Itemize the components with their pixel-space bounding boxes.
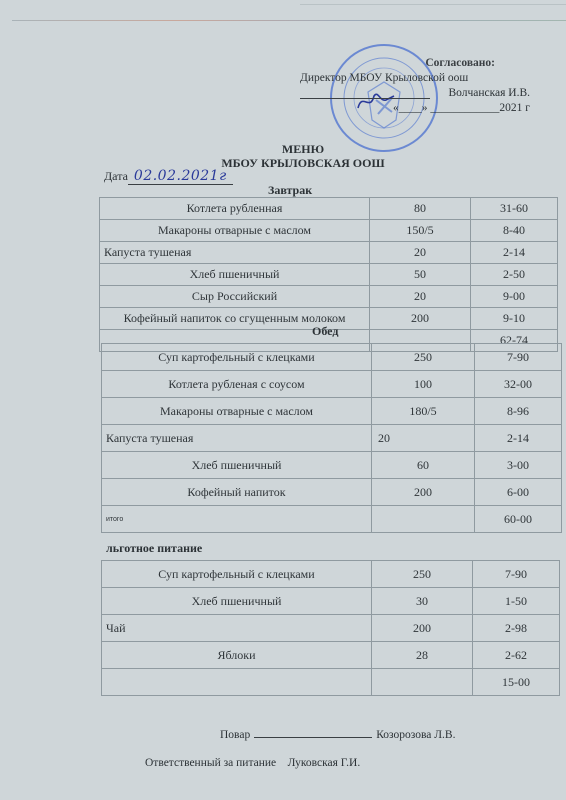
dish-quantity: 100 xyxy=(372,371,475,398)
director-name: Волчанская И.В. xyxy=(448,86,530,101)
signature-line xyxy=(254,727,372,738)
total-label: итого xyxy=(102,506,372,533)
director-line: Директор МБОУ Крыловской оош xyxy=(300,71,530,86)
date-value: 02.02.2021г xyxy=(128,168,233,185)
dish-quantity: 200 xyxy=(372,479,475,506)
dish-name: Хлеб пшеничный xyxy=(100,264,370,286)
dish-quantity: 50 xyxy=(370,264,471,286)
dish-quantity: 250 xyxy=(372,344,475,371)
dish-price: 3-00 xyxy=(475,452,562,479)
table-row: Суп картофельный с клецками2507-90 xyxy=(102,344,562,371)
approval-date-rest: ____________2021 г xyxy=(430,102,530,114)
table-row: Хлеб пшеничный603-00 xyxy=(102,452,562,479)
dish-name: Котлета рубленная xyxy=(100,198,370,220)
responsible-signature: Ответственный за питание Луковская Г.И. xyxy=(145,757,360,769)
scan-edge-line xyxy=(12,20,566,21)
empty-cell xyxy=(372,506,475,533)
dish-name: Хлеб пшеничный xyxy=(102,452,372,479)
dish-quantity: 180/5 xyxy=(372,398,475,425)
dish-name: Кофейный напиток xyxy=(102,479,372,506)
table-row: Сыр Российский209-00 xyxy=(100,286,558,308)
dish-name: Суп картофельный с клецками xyxy=(102,561,372,588)
dish-quantity: 80 xyxy=(370,198,471,220)
page-title: МЕНЮ xyxy=(282,142,324,156)
approval-date-day: «____» xyxy=(393,102,428,114)
table-row: Яблоки282-62 xyxy=(102,642,560,669)
table-row: Макароны отварные с маслом150/58-40 xyxy=(100,220,558,242)
total-label xyxy=(102,669,372,696)
dish-name: Яблоки xyxy=(102,642,372,669)
dish-name: Макароны отварные с маслом xyxy=(100,220,370,242)
table-row: Хлеб пшеничный502-50 xyxy=(100,264,558,286)
dish-price: 7-90 xyxy=(475,344,562,371)
dish-name: Котлета рубленая с соусом xyxy=(102,371,372,398)
dish-quantity: 200 xyxy=(370,308,471,330)
date-line: Дата02.02.2021г xyxy=(104,168,233,184)
menu-heading: МЕНЮ МБОУ КРЫЛОВСКАЯ ООШ xyxy=(0,142,566,170)
table-row: Капуста тушеная202-14 xyxy=(100,242,558,264)
table-row: Котлета рубленная8031-60 xyxy=(100,198,558,220)
dish-price: 2-50 xyxy=(471,264,558,286)
preferential-title: льготное питание xyxy=(106,541,202,556)
dish-quantity: 30 xyxy=(372,588,473,615)
responsible-label: Ответственный за питание xyxy=(145,757,276,769)
dish-quantity: 200 xyxy=(372,615,473,642)
table-row: Суп картофельный с клецками2507-90 xyxy=(102,561,560,588)
table-row: Макароны отварные с маслом180/58-96 xyxy=(102,398,562,425)
total-row: 15-00 xyxy=(102,669,560,696)
dish-name: Сыр Российский xyxy=(100,286,370,308)
dish-name: Чай xyxy=(102,615,372,642)
dish-price: 31-60 xyxy=(471,198,558,220)
signature-line xyxy=(300,86,430,99)
date-label: Дата xyxy=(104,169,128,183)
approval-block: Согласовано: Директор МБОУ Крыловской оо… xyxy=(300,56,530,116)
cook-name: Козорозова Л.В. xyxy=(376,729,455,741)
dish-price: 9-00 xyxy=(471,286,558,308)
dish-price: 1-50 xyxy=(473,588,560,615)
dish-name: Капуста тушеная xyxy=(100,242,370,264)
total-price: 15-00 xyxy=(473,669,560,696)
dish-price: 2-62 xyxy=(473,642,560,669)
dish-quantity: 20 xyxy=(370,286,471,308)
dish-quantity: 28 xyxy=(372,642,473,669)
dish-name: Хлеб пшеничный xyxy=(102,588,372,615)
dish-name: Капуста тушеная xyxy=(102,425,372,452)
lunch-title: Обед xyxy=(312,324,338,339)
table-row: Капуста тушеная202-14 xyxy=(102,425,562,452)
table-row: Чай2002-98 xyxy=(102,615,560,642)
dish-price: 2-14 xyxy=(475,425,562,452)
responsible-name: Луковская Г.И. xyxy=(288,757,361,769)
breakfast-title: Завтрак xyxy=(268,183,312,198)
dish-price: 7-90 xyxy=(473,561,560,588)
cook-label: Повар xyxy=(220,729,250,741)
dish-name: Суп картофельный с клецками xyxy=(102,344,372,371)
table-row: Хлеб пшеничный301-50 xyxy=(102,588,560,615)
dish-quantity: 20 xyxy=(372,425,475,452)
scan-edge-line xyxy=(300,4,566,5)
dish-price: 6-00 xyxy=(475,479,562,506)
dish-quantity: 20 xyxy=(370,242,471,264)
dish-price: 2-98 xyxy=(473,615,560,642)
dish-price: 32-00 xyxy=(475,371,562,398)
cook-signature: ПоварКозорозова Л.В. xyxy=(220,727,455,741)
dish-price: 2-14 xyxy=(471,242,558,264)
total-price: 60-00 xyxy=(475,506,562,533)
dish-price: 8-96 xyxy=(475,398,562,425)
dish-quantity: 150/5 xyxy=(370,220,471,242)
total-row: итого60-00 xyxy=(102,506,562,533)
table-row: Кофейный напиток2006-00 xyxy=(102,479,562,506)
dish-quantity: 60 xyxy=(372,452,475,479)
dish-price: 9-10 xyxy=(471,308,558,330)
dish-price: 8-40 xyxy=(471,220,558,242)
empty-cell xyxy=(372,669,473,696)
approval-title: Согласовано: xyxy=(300,56,530,71)
dish-quantity: 250 xyxy=(372,561,473,588)
preferential-table: Суп картофельный с клецками2507-90Хлеб п… xyxy=(101,560,560,696)
dish-name: Макароны отварные с маслом xyxy=(102,398,372,425)
lunch-table: Суп картофельный с клецками2507-90Котлет… xyxy=(101,343,562,533)
table-row: Котлета рубленая с соусом10032-00 xyxy=(102,371,562,398)
